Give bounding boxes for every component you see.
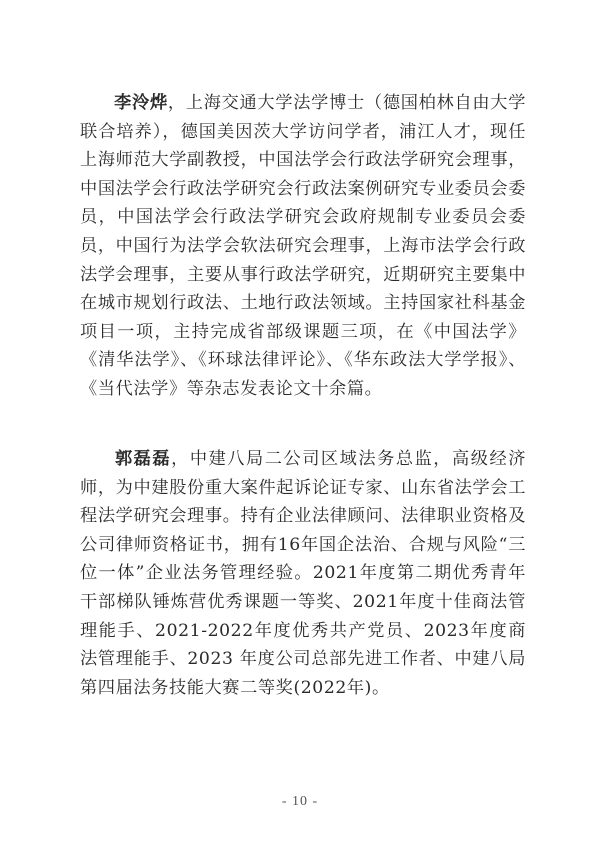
- person-name: 李泠烨: [114, 93, 168, 113]
- person-name: 郭磊磊: [114, 449, 171, 469]
- bio-paragraph-guo-leilei: 郭磊磊，中建八局二公司区域法务总监，高级经济师，为中建股份重大案件起诉论证专家、…: [80, 445, 526, 702]
- bio-text: ，上海交通大学法学博士（德国柏林自由大学联合培养），德国美因茨大学访问学者，浦江…: [80, 93, 526, 399]
- document-page: 李泠烨，上海交通大学法学博士（德国柏林自由大学联合培养），德国美因茨大学访问学者…: [0, 0, 600, 848]
- page-number: - 10 -: [0, 794, 600, 810]
- bio-paragraph-li-lingye: 李泠烨，上海交通大学法学博士（德国柏林自由大学联合培养），德国美因茨大学访问学者…: [80, 89, 526, 404]
- bio-text: ，中建八局二公司区域法务总监，高级经济师，为中建股份重大案件起诉论证专家、山东省…: [80, 449, 526, 698]
